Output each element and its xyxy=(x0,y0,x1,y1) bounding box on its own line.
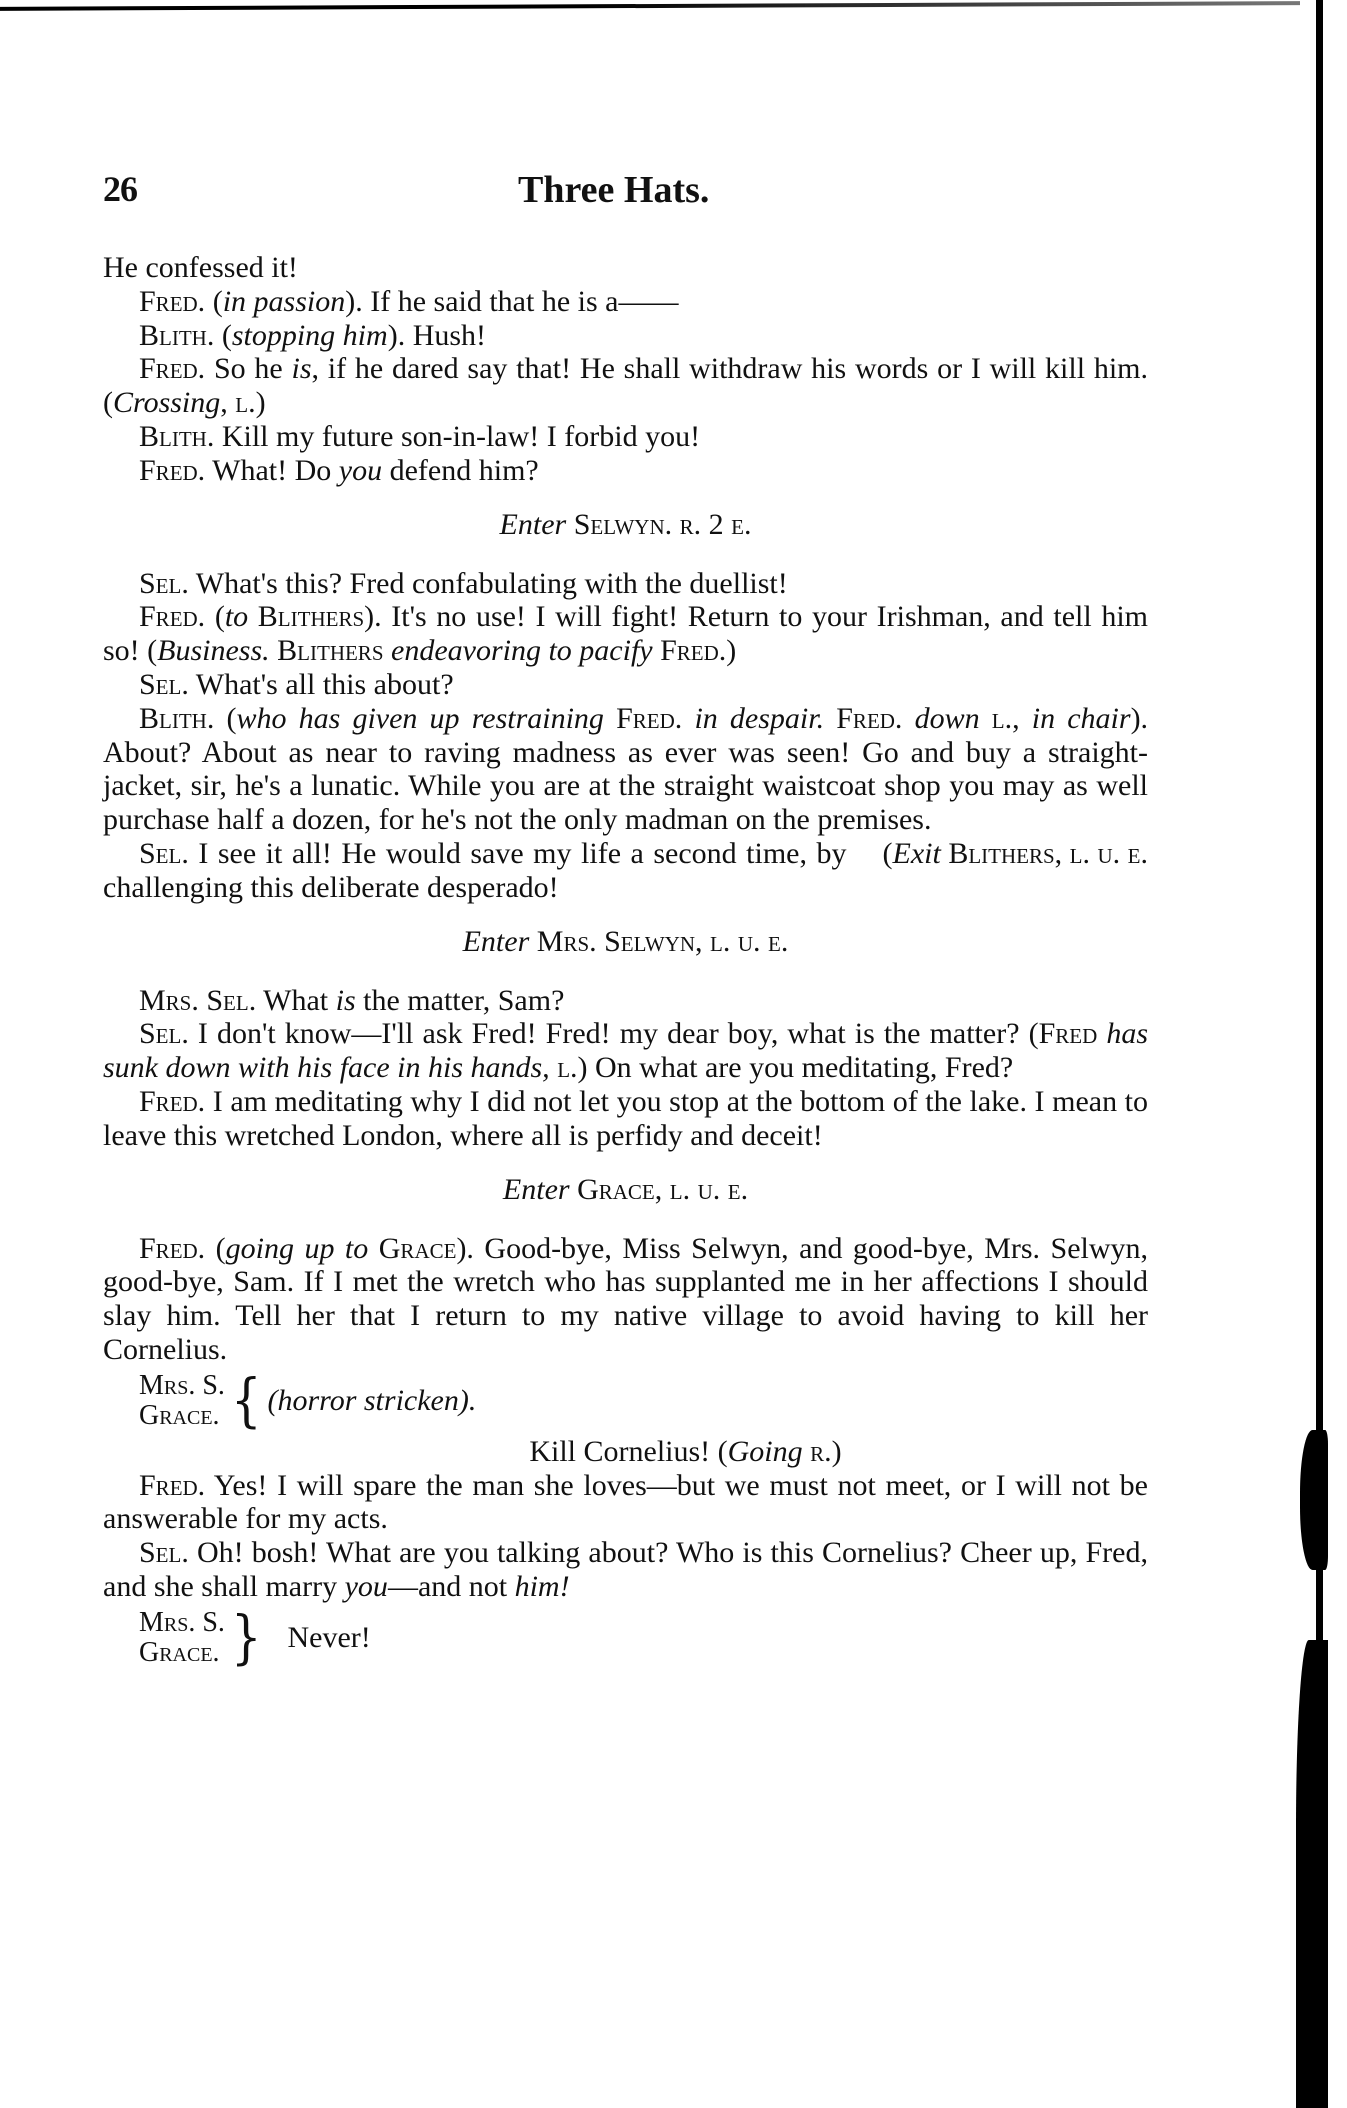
dialogue-line: Sel. I don't know—I'll ask Fred! Fred! m… xyxy=(103,1017,1148,1085)
speaker-name: Grace. xyxy=(139,1638,225,1668)
line-text: So he xyxy=(205,352,291,385)
line-text: ( xyxy=(205,600,225,633)
character-name: Fred. xyxy=(836,702,902,735)
dialogue-line: Blith. (stopping him). Hush! xyxy=(103,319,1148,353)
line-text: ) On what are you meditating, Fred? xyxy=(578,1051,1014,1084)
joint-speech: Mrs. S. Grace. } Never! xyxy=(139,1604,1148,1672)
speaker-name: Sel. xyxy=(139,567,189,600)
stage-direction: Crossing xyxy=(113,386,220,419)
play-text: He confessed it! Fred. (in passion). If … xyxy=(103,251,1148,1672)
stage-direction: Exit xyxy=(893,837,941,870)
line-text: What's this? Fred confabulating with the… xyxy=(189,567,788,600)
line-text: . Hush! xyxy=(398,319,486,352)
stage-entrance: Enter Mrs. Selwyn, l. u. e. xyxy=(103,922,1148,962)
stage-direction: in passion xyxy=(223,285,346,318)
line-text: —and not xyxy=(388,1570,515,1603)
exit-direction: (Exit Blithers, l. u. e. xyxy=(847,837,1148,871)
line-text: What! Do xyxy=(205,454,339,487)
stage-direction: down xyxy=(915,702,980,735)
speaker-name: Fred. xyxy=(139,454,205,487)
line-text: I am meditating why I did not let you st… xyxy=(103,1085,1148,1152)
speaker-name: Fred. xyxy=(139,1469,205,1502)
line-text: . If he said that he is a—— xyxy=(355,285,678,318)
line-text: the matter, Sam? xyxy=(356,984,565,1017)
stage-direction: going up to xyxy=(226,1232,369,1265)
running-title: Three Hats. xyxy=(518,168,709,212)
top-scan-rule xyxy=(0,1,1300,11)
dialogue-line: Sel. Oh! bosh! What are you talking abou… xyxy=(103,1536,1148,1604)
speaker-name: Fred. xyxy=(139,285,205,318)
stage-direction: Going xyxy=(728,1435,803,1468)
line-text: defend him? xyxy=(382,454,539,487)
stage-verb: Enter xyxy=(463,925,530,958)
line-text: ) xyxy=(726,634,736,667)
character-name: Grace, l. u. e. xyxy=(577,1173,748,1206)
emphasis: is xyxy=(292,352,312,385)
line-text: ( xyxy=(205,1232,225,1265)
stage-position: r. 2 e. xyxy=(680,508,752,541)
dialogue-line: Fred. I am meditating why I did not let … xyxy=(103,1085,1148,1153)
stage-position: r. xyxy=(810,1435,832,1468)
stage-position: l., xyxy=(992,702,1020,735)
character-name: Mrs. Selwyn, l. u. e. xyxy=(537,925,789,958)
stage-position: l. xyxy=(557,1051,577,1084)
dialogue-line: Mrs. Sel. What is the matter, Sam? xyxy=(103,984,1148,1018)
brace-glyph: { xyxy=(231,1372,262,1430)
dialogue-line: Fred. (in passion). If he said that he i… xyxy=(103,285,1148,319)
line-text: ) xyxy=(256,386,266,419)
speaker-name: Fred. xyxy=(139,1232,205,1265)
speaker-name: Sel. xyxy=(139,1017,189,1050)
line-text: He confessed it! xyxy=(103,251,298,284)
dialogue-line: Fred. So he is, if he dared say that! He… xyxy=(103,352,1148,420)
speaker-name: Sel. xyxy=(139,668,189,701)
dialogue-line: Sel. What's all this about? xyxy=(103,668,1148,702)
dialogue-line: Fred. (going up to Grace). Good-bye, Mis… xyxy=(103,1232,1148,1367)
line-text: What xyxy=(256,984,335,1017)
dialogue-line: Blith. Kill my future son-in-law! I forb… xyxy=(103,420,1148,454)
joint-speakers: Mrs. S. Grace. xyxy=(139,1608,225,1668)
character-name: Blithers xyxy=(258,600,364,633)
joint-speech: Mrs. S. Grace. { (horror stricken). xyxy=(139,1367,1148,1435)
stage-direction: endeavoring to pacify xyxy=(391,634,653,667)
stage-direction: in despair. xyxy=(694,702,824,735)
line-text: What's all this about? xyxy=(189,668,454,701)
brace-glyph: } xyxy=(231,1609,262,1667)
character-name: Fred. xyxy=(616,702,682,735)
emphasis: is xyxy=(336,984,356,1017)
speaker-name: Blith. xyxy=(139,319,214,352)
line-text: Oh! bosh! What are you talking about? Wh… xyxy=(103,1536,1148,1603)
line-text: I don't know—I'll ask Fred! Fred! my dea… xyxy=(189,1017,1039,1050)
line-text: ( xyxy=(214,702,236,735)
page-number: 26 xyxy=(103,168,137,210)
binding-shadow xyxy=(1296,1640,1328,2108)
stage-direction: in chair xyxy=(1032,702,1131,735)
line-text: Kill Cornelius! ( xyxy=(529,1435,727,1468)
character-name: Fred. xyxy=(660,634,726,667)
stage-verb: Enter xyxy=(500,508,567,541)
character-name: Grace xyxy=(379,1232,457,1265)
speaker-name: Fred. xyxy=(139,600,205,633)
emphasis: him! xyxy=(515,1570,570,1603)
stage-position: l. xyxy=(235,386,255,419)
speaker-name: Blith. xyxy=(139,702,214,735)
speaker-name: Sel. xyxy=(139,1536,189,1569)
dialogue-line: He confessed it! xyxy=(103,251,1148,285)
speaker-name: Sel. xyxy=(139,837,189,870)
speaker-name: Fred. xyxy=(139,352,205,385)
character-name: Blithers, l. u. e. xyxy=(948,837,1148,870)
page-header: 26 Three Hats. xyxy=(103,168,1148,218)
dialogue-line: Blith. (who has given up restraining Fre… xyxy=(103,702,1148,837)
stage-verb: Enter xyxy=(503,1173,570,1206)
stage-direction: who has given up restraining xyxy=(236,702,603,735)
stage-direction: (horror stricken). xyxy=(267,1384,476,1418)
stage-direction: Business. xyxy=(157,634,270,667)
stage-entrance: Enter Selwyn. r. 2 e. xyxy=(103,505,1148,545)
stage-direction: to xyxy=(225,600,248,633)
line-text: , xyxy=(220,386,235,419)
emphasis: you xyxy=(345,1570,388,1603)
dialogue-line: Kill Cornelius! (Going r.) xyxy=(103,1435,1148,1469)
stage-entrance: Enter Grace, l. u. e. xyxy=(103,1170,1148,1210)
line-text: Kill my future son-in-law! I forbid you! xyxy=(214,420,700,453)
dialogue-line: Sel. What's this? Fred confabulating wit… xyxy=(103,567,1148,601)
character-name: Blithers xyxy=(277,634,383,667)
speaker-name: Grace. xyxy=(139,1401,225,1431)
speaker-name: Blith. xyxy=(139,420,214,453)
joint-speakers: Mrs. S. Grace. xyxy=(139,1371,225,1431)
line-text: I see it all! He would save my life a se… xyxy=(103,837,847,904)
character-name: Fred xyxy=(1039,1017,1098,1050)
character-name: Selwyn. xyxy=(574,508,672,541)
speaker-name: Mrs. S. xyxy=(139,1371,225,1401)
dialogue-line: Fred. What! Do you defend him? xyxy=(103,454,1148,488)
speaker-name: Mrs. S. xyxy=(139,1608,225,1638)
line-text: Yes! I will spare the man she loves—but … xyxy=(103,1469,1148,1536)
speaker-name: Mrs. Sel. xyxy=(139,984,256,1017)
binding-shadow xyxy=(1300,1430,1328,1570)
line-text: Never! xyxy=(287,1621,370,1655)
speaker-name: Fred. xyxy=(139,1085,205,1118)
dialogue-line: Fred. Yes! I will spare the man she love… xyxy=(103,1469,1148,1537)
dialogue-line: Fred. (to Blithers). It's no use! I will… xyxy=(103,600,1148,668)
stage-direction: stopping him xyxy=(232,319,388,352)
line-text: ) xyxy=(832,1435,842,1468)
emphasis: you xyxy=(339,454,382,487)
